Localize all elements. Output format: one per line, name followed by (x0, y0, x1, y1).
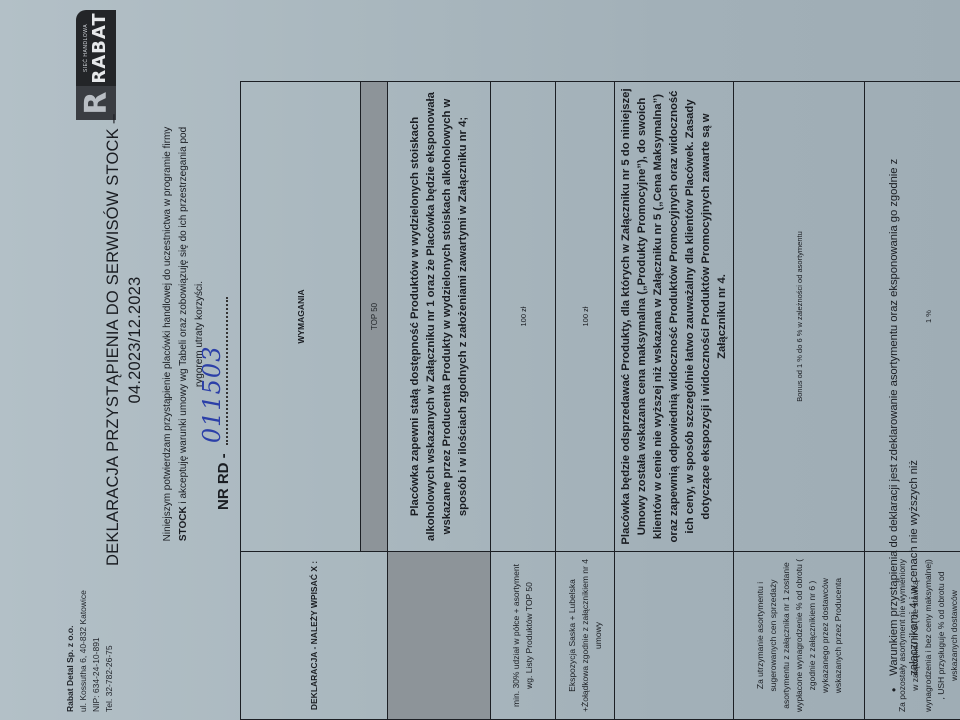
nr-rd-label: NR RD - (215, 453, 232, 510)
title-line-1: DEKLARACJA PRZYSTĄPIENIA DO SERWISÓW STO… (102, 110, 124, 570)
row3-left-cell[interactable]: Ekspozycja Saska + Lubelska +Żołądkowa z… (556, 552, 615, 720)
row5-left-cell[interactable]: Za utrzymanie asortymentu i sugerowanych… (734, 552, 865, 720)
row1-left-cell (388, 552, 491, 720)
row4-requirement-text: Placówka będzie odsprzedawać Produkty, d… (615, 82, 734, 552)
row4-left-cell (615, 552, 734, 720)
nr-rd-handwritten-value: 011503 (198, 346, 226, 444)
photo-background: Rabat Detal Sp. z o.o. ul. Kossutha 6, 4… (0, 0, 960, 720)
title-line-2: 04.2023/12.2023 (124, 110, 146, 570)
table-row: Placówka zapewni stałą dostępność Produk… (388, 82, 491, 720)
table-row: min. 30% udział w półce + asortyment wg.… (491, 82, 556, 720)
footer-bullet-paragraph: • Warunkiem przystąpienia do deklaracji … (884, 132, 924, 692)
company-address: ul. Kossutha 6, 40-832 Katowice (77, 590, 90, 712)
intro-text-2: i akceptuję warunki umowy wg Tabeli oraz… (178, 127, 205, 506)
rabat-logo: R SIEĆ HANDLOWA RABAT (76, 10, 116, 120)
company-name: Rabat Detal Sp. z o.o. (64, 590, 77, 712)
top50-label-cell: TOP 50 (361, 82, 388, 552)
declaration-header-cell: DEKLARACJA - NALEŻY WPISAĆ X : (241, 552, 388, 720)
row5-value-cell: Bonus od 1 % do 6 % w zależności od asor… (734, 82, 865, 552)
table-row: Za utrzymanie asortymentu i sugerowanych… (734, 82, 865, 720)
table-row: Ekspozycja Saska + Lubelska +Żołądkowa z… (556, 82, 615, 720)
logo-brand: RABAT (89, 10, 110, 86)
row2-value-cell: 100 zł (491, 82, 556, 552)
company-info: Rabat Detal Sp. z o.o. ul. Kossutha 6, 4… (64, 590, 116, 712)
intro-text-1: Niniejszym potwierdzam przystąpienie pla… (162, 127, 173, 542)
nr-rd-dotted-line[interactable]: 011503 (212, 297, 228, 445)
requirements-table: DEKLARACJA - NALEŻY WPISAĆ X : WYMAGANIA… (240, 81, 960, 720)
nr-rd-field: NR RD - 011503 (212, 297, 232, 510)
requirements-header-cell: WYMAGANIA (241, 82, 361, 552)
footer-text: Warunkiem przystąpienia do deklaracji je… (884, 132, 924, 676)
row2-left-cell[interactable]: min. 30% udział w półce + asortyment wg.… (491, 552, 556, 720)
declaration-document: Rabat Detal Sp. z o.o. ul. Kossutha 6, 4… (0, 0, 960, 720)
bullet-icon: • (884, 676, 924, 692)
table-header-row: DEKLARACJA - NALEŻY WPISAĆ X : WYMAGANIA (241, 82, 361, 720)
intro-brand: STOCK (178, 506, 189, 541)
document-title: DEKLARACJA PRZYSTĄPIENIA DO SERWISÓW STO… (102, 110, 146, 570)
intro-paragraph: Niniejszym potwierdzam przystąpienie pla… (160, 114, 208, 554)
row3-value-cell: 100 zł (556, 82, 615, 552)
company-phone: Tel. 32-782-26-75 (103, 590, 116, 712)
company-nip: NIP: 634-24-10-891 (90, 590, 103, 712)
table-row: Placówka będzie odsprzedawać Produkty, d… (615, 82, 734, 720)
row1-requirement-text: Placówka zapewni stałą dostępność Produk… (388, 82, 491, 552)
